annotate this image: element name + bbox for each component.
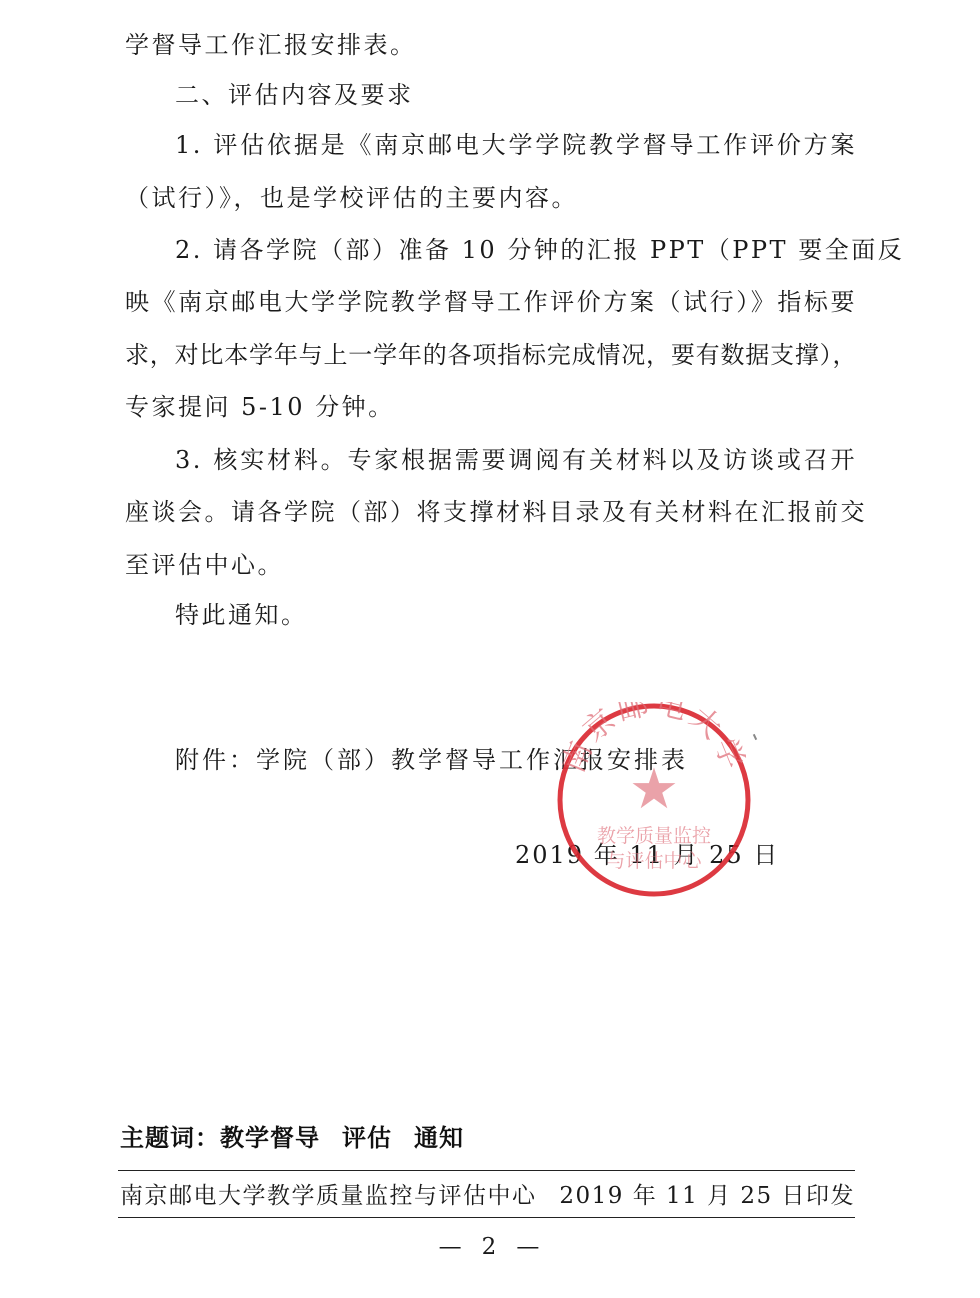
body-line-8: 专家提问 5-10 分钟。: [125, 392, 857, 422]
page-number: —2—: [0, 1232, 980, 1262]
page-dash-right: —: [516, 1232, 541, 1262]
body-line-5: 2. 请各学院（部）准备 10 分钟的汇报 PPT（PPT 要全面反: [175, 235, 857, 265]
keyword-2: 评估: [342, 1124, 392, 1152]
document-page: 学督导工作汇报安排表。 二、评估内容及要求 1. 评估依据是《南京邮电大学学院教…: [0, 0, 980, 1298]
signature-date: 2019 年 11 月 25 日: [515, 840, 779, 870]
body-line-11: 至评估中心。: [125, 550, 857, 580]
scan-speck: [753, 734, 757, 740]
bottom-divider: [118, 1217, 855, 1218]
body-line-10: 座谈会。请各学院（部）将支撑材料目录及有关材料在汇报前交: [125, 497, 857, 527]
subject-keywords: 主题词：教学督导评估通知: [120, 1122, 486, 1154]
keyword-3: 通知: [414, 1124, 464, 1152]
body-line-7: 求，对比本学年与上一学年的各项指标完成情况，要有数据支撑），: [125, 340, 857, 370]
keyword-1: 教学督导: [220, 1124, 320, 1152]
top-divider: [118, 1170, 855, 1171]
keywords-label: 主题词：: [120, 1124, 220, 1152]
issuance-line: 南京邮电大学教学质量监控与评估中心 2019 年 11 月 25 日印发: [120, 1181, 855, 1211]
page-number-value: 2: [482, 1234, 499, 1260]
section-heading-evaluation-requirements: 二、评估内容及要求: [175, 80, 857, 110]
body-line-6: 映《南京邮电大学学院教学督导工作评价方案（试行）》指标要: [125, 287, 857, 317]
closing-remark: 特此通知。: [175, 600, 857, 630]
issuer: 南京邮电大学教学质量监控与评估中心: [120, 1181, 537, 1211]
body-line-9: 3. 核实材料。专家根据需要调阅有关材料以及访谈或召开: [175, 445, 857, 475]
body-line-4: （试行）》，也是学校评估的主要内容。: [125, 183, 857, 213]
body-line-3: 1. 评估依据是《南京邮电大学学院教学督导工作评价方案: [175, 130, 857, 160]
body-line-1: 学督导工作汇报安排表。: [125, 30, 857, 60]
attachment-line: 附件：学院（部）教学督导工作汇报安排表: [175, 745, 857, 775]
issue-date: 2019 年 11 月 25 日印发: [559, 1181, 855, 1211]
page-dash-left: —: [439, 1232, 464, 1262]
